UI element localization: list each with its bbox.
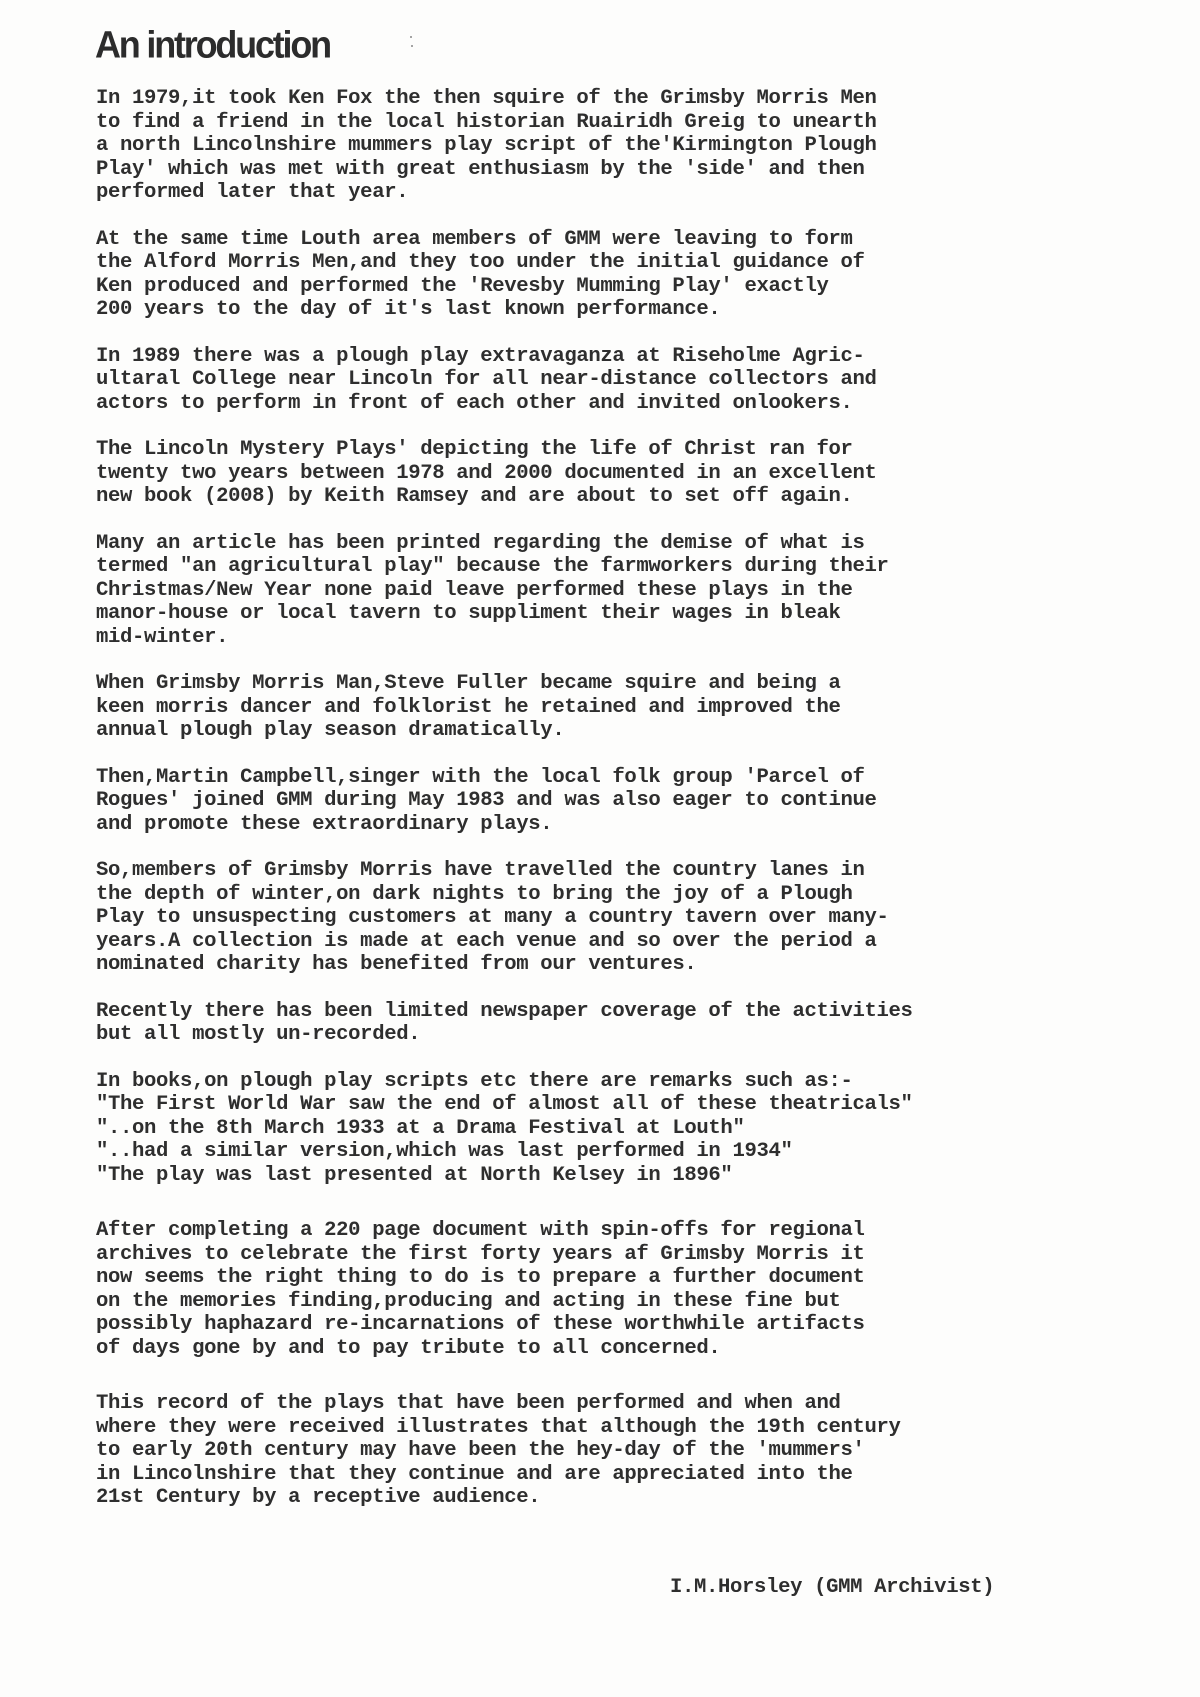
- text-line: Then,Martin Campbell,singer with the loc…: [96, 766, 1156, 790]
- text-line: new book (2008) by Keith Ramsey and are …: [96, 485, 1156, 509]
- paragraph: Then,Martin Campbell,singer with the loc…: [96, 766, 1156, 837]
- text-line: mid-winter.: [96, 626, 1156, 650]
- text-line: the Alford Morris Men,and they too under…: [96, 251, 1156, 275]
- document-page: An introduction In 1979,it took Ken Fox …: [0, 0, 1200, 1697]
- text-line: twenty two years between 1978 and 2000 d…: [96, 462, 1156, 486]
- paragraph: Recently there has been limited newspape…: [96, 1000, 1156, 1047]
- paragraph-gap: [96, 1047, 1156, 1070]
- text-line: So,members of Grimsby Morris have travel…: [96, 859, 1156, 883]
- signature: I.M.Horsley (GMM Archivist): [670, 1576, 994, 1599]
- text-line: to find a friend in the local historian …: [96, 111, 1156, 135]
- paragraph-gap: [96, 509, 1156, 532]
- text-line: 200 years to the day of it's last known …: [96, 298, 1156, 322]
- text-line: Rogues' joined GMM during May 1983 and w…: [96, 789, 1156, 813]
- text-line: Christmas/New Year none paid leave perfo…: [96, 579, 1156, 603]
- text-line: years.A collection is made at each venue…: [96, 930, 1156, 954]
- text-line: where they were received illustrates tha…: [96, 1416, 1156, 1440]
- text-line: on the memories finding,producing and ac…: [96, 1290, 1156, 1314]
- text-line: performed later that year.: [96, 181, 1156, 205]
- text-line: Play' which was met with great enthusias…: [96, 158, 1156, 182]
- text-line: After completing a 220 page document wit…: [96, 1219, 1156, 1243]
- paragraph-gap: [96, 1360, 1156, 1392]
- paragraph: The Lincoln Mystery Plays' depicting the…: [96, 438, 1156, 509]
- text-line: a north Lincolnshire mummers play script…: [96, 134, 1156, 158]
- paragraph: In books,on plough play scripts etc ther…: [96, 1070, 1156, 1188]
- paragraph-gap: [96, 205, 1156, 228]
- paragraph: Many an article has been printed regardi…: [96, 532, 1156, 650]
- text-line: "..had a similar version,which was last …: [96, 1140, 1156, 1164]
- paragraph: This record of the plays that have been …: [96, 1392, 1156, 1510]
- paragraph-gap: [96, 743, 1156, 766]
- paragraph-gap: [96, 649, 1156, 672]
- text-line: 21st Century by a receptive audience.: [96, 1486, 1156, 1510]
- text-line: possibly haphazard re-incarnations of th…: [96, 1313, 1156, 1337]
- text-line: At the same time Louth area members of G…: [96, 228, 1156, 252]
- paragraph: When Grimsby Morris Man,Steve Fuller bec…: [96, 672, 1156, 743]
- paragraph-gap: [96, 415, 1156, 438]
- text-line: actors to perform in front of each other…: [96, 392, 1156, 416]
- text-line: "The First World War saw the end of almo…: [96, 1093, 1156, 1117]
- text-line: the depth of winter,on dark nights to br…: [96, 883, 1156, 907]
- text-line: When Grimsby Morris Man,Steve Fuller bec…: [96, 672, 1156, 696]
- text-line: nominated charity has benefited from our…: [96, 953, 1156, 977]
- page-title: An introduction: [95, 23, 330, 67]
- text-line: Many an article has been printed regardi…: [96, 532, 1156, 556]
- text-line: termed "an agricultural play" because th…: [96, 555, 1156, 579]
- text-line: Ken produced and performed the 'Revesby …: [96, 275, 1156, 299]
- scan-speck: [410, 36, 412, 38]
- body-text: In 1979,it took Ken Fox the then squire …: [96, 87, 1156, 1510]
- text-line: Play to unsuspecting customers at many a…: [96, 906, 1156, 930]
- text-line: but all mostly un-recorded.: [96, 1023, 1156, 1047]
- text-line: The Lincoln Mystery Plays' depicting the…: [96, 438, 1156, 462]
- paragraph: After completing a 220 page document wit…: [96, 1219, 1156, 1360]
- text-line: in Lincolnshire that they continue and a…: [96, 1463, 1156, 1487]
- text-line: and promote these extraordinary plays.: [96, 813, 1156, 837]
- paragraph: So,members of Grimsby Morris have travel…: [96, 859, 1156, 977]
- text-line: keen morris dancer and folklorist he ret…: [96, 696, 1156, 720]
- scan-speck: [411, 45, 413, 47]
- text-line: Recently there has been limited newspape…: [96, 1000, 1156, 1024]
- text-line: of days gone by and to pay tribute to al…: [96, 1337, 1156, 1361]
- text-line: "..on the 8th March 1933 at a Drama Fest…: [96, 1117, 1156, 1141]
- text-line: archives to celebrate the first forty ye…: [96, 1243, 1156, 1267]
- paragraph: In 1989 there was a plough play extravag…: [96, 345, 1156, 416]
- paragraph-gap: [96, 1187, 1156, 1219]
- text-line: This record of the plays that have been …: [96, 1392, 1156, 1416]
- paragraph-gap: [96, 322, 1156, 345]
- paragraph-gap: [96, 836, 1156, 859]
- text-line: to early 20th century may have been the …: [96, 1439, 1156, 1463]
- paragraph: At the same time Louth area members of G…: [96, 228, 1156, 322]
- text-line: "The play was last presented at North Ke…: [96, 1164, 1156, 1188]
- text-line: In 1989 there was a plough play extravag…: [96, 345, 1156, 369]
- text-line: In 1979,it took Ken Fox the then squire …: [96, 87, 1156, 111]
- paragraph: In 1979,it took Ken Fox the then squire …: [96, 87, 1156, 205]
- text-line: annual plough play season dramatically.: [96, 719, 1156, 743]
- text-line: ultaral College near Lincoln for all nea…: [96, 368, 1156, 392]
- text-line: In books,on plough play scripts etc ther…: [96, 1070, 1156, 1094]
- text-line: manor-house or local tavern to supplimen…: [96, 602, 1156, 626]
- paragraph-gap: [96, 977, 1156, 1000]
- text-line: now seems the right thing to do is to pr…: [96, 1266, 1156, 1290]
